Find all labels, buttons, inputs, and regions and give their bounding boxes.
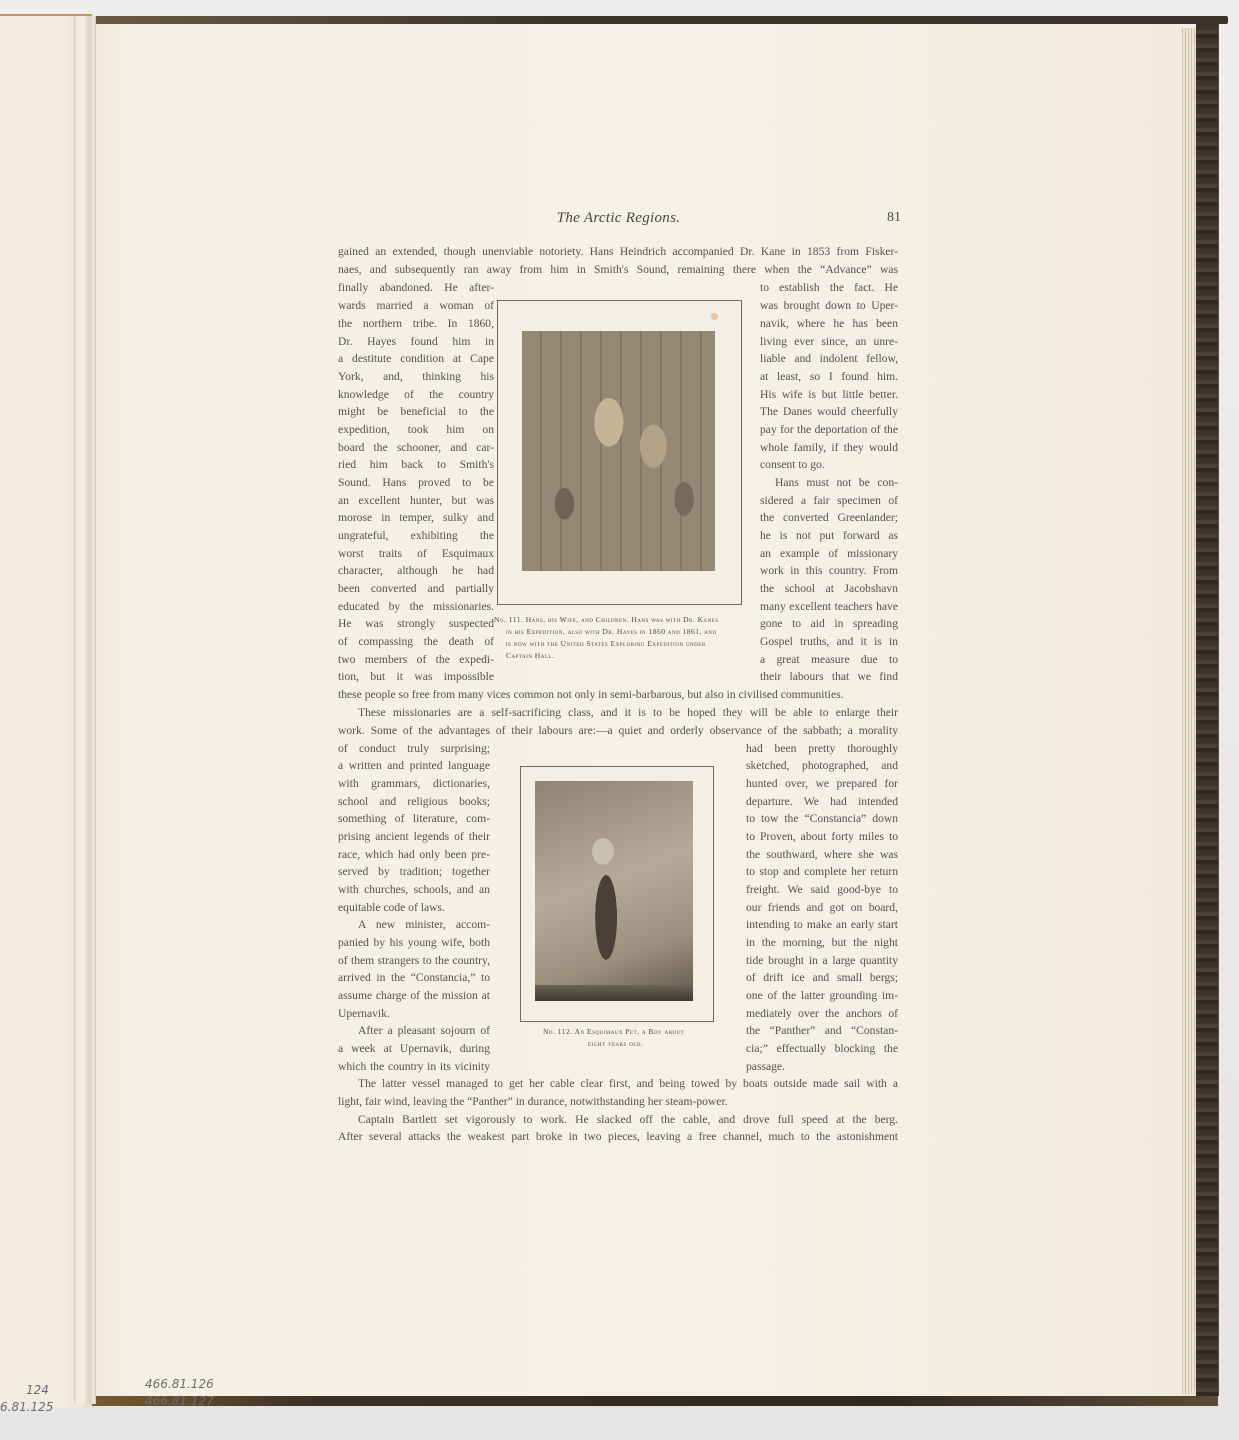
text-line: Captain Bartlett set vigorously to work.… xyxy=(358,1111,898,1128)
text-line: A new minister, accom- xyxy=(358,916,490,933)
text-line: Hans must not be con- xyxy=(775,474,898,491)
text-line: morose in temper, sulky and xyxy=(338,509,494,526)
text-line: panied by his young wife, both xyxy=(338,934,490,951)
running-head: The Arctic Regions. 81 xyxy=(336,210,901,234)
text-line: cia;” effectually blocking the xyxy=(746,1040,898,1057)
text-line: an excellent hunter, but was xyxy=(338,492,494,509)
text-line: the southward, where she was xyxy=(746,846,898,863)
running-title: The Arctic Regions. xyxy=(336,210,901,227)
plate-caption-line: No. 111. Hans, his Wife, and Children. H… xyxy=(494,614,719,626)
text-line: York, and, thinking his xyxy=(338,368,494,385)
text-line: living ever since, an unre- xyxy=(760,333,898,350)
text-line: board the schooner, and car- xyxy=(338,439,494,456)
text-line: with grammars, dictionaries, xyxy=(338,775,490,792)
text-line: hunted over, we prepared for xyxy=(746,775,898,792)
plate-caption-line: eight years old. xyxy=(588,1038,643,1050)
text-line: had been pretty thoroughly xyxy=(746,740,898,757)
text-line: a written and printed language xyxy=(338,757,490,774)
text-line: with churches, schools, and an xyxy=(338,881,490,898)
book-cover-spine-edge xyxy=(1196,24,1219,1396)
pencil-annotation: 6.81.125 xyxy=(0,1400,53,1414)
text-line: departure. We had intended xyxy=(746,793,898,810)
text-line: race, which had only been pre- xyxy=(338,846,490,863)
text-line: he is not put forward as xyxy=(760,527,898,544)
text-line: mediately over the anchors of xyxy=(746,1005,898,1022)
text-line: gained an extended, though unenviable no… xyxy=(338,243,898,260)
text-line: in the morning, but the night xyxy=(746,934,898,951)
text-line: finally abandoned. He after- xyxy=(338,279,494,296)
text-line: He was strongly suspected xyxy=(338,615,494,632)
text-line: Dr. Hayes found him in xyxy=(338,333,494,350)
photograph-boy xyxy=(535,781,693,1001)
text-line: After several attacks the weakest part b… xyxy=(338,1128,898,1145)
text-line: light, fair wind, leaving the “Panther” … xyxy=(338,1093,898,1110)
text-line: a destitute condition at Cape xyxy=(338,350,494,367)
text-line: whole family, if they would xyxy=(760,439,898,456)
photo-plate-112 xyxy=(520,766,714,1022)
text-line: of drift ice and small bergs; xyxy=(746,969,898,986)
text-line: consent to go. xyxy=(760,456,898,473)
text-line: something of literature, com- xyxy=(338,810,490,827)
text-line: of them strangers to the country, xyxy=(338,952,490,969)
text-line: school and religious books; xyxy=(338,793,490,810)
text-line: Upernavik. xyxy=(338,1005,490,1022)
plate-caption-line: in his Expedition, also with Dr. Hayes i… xyxy=(506,626,717,638)
text-line: to establish the fact. He xyxy=(760,279,898,296)
photograph-family xyxy=(522,331,715,571)
text-line: might be beneficial to the xyxy=(338,403,494,420)
text-line: passage. xyxy=(746,1058,898,1075)
text-line: navik, where he has been xyxy=(760,315,898,332)
text-line: character, although he had xyxy=(338,562,494,579)
book-cover-bottom xyxy=(92,1396,1218,1406)
text-line: ungrateful, exhibiting the xyxy=(338,527,494,544)
text-line: The Danes would cheerfully xyxy=(760,403,898,420)
text-line: many excellent teachers have xyxy=(760,598,898,615)
foxing-stain xyxy=(711,313,718,320)
text-line: educated by the missionaries. xyxy=(338,598,494,615)
text-line: freight. We said good-bye to xyxy=(746,881,898,898)
page-number: 81 xyxy=(887,210,901,226)
text-line: arrived in the “Constancia,” to xyxy=(338,969,490,986)
text-line: His wife is but little better. xyxy=(760,386,898,403)
text-line: to stop and complete her return xyxy=(746,863,898,880)
pencil-annotation: 466.81.127 xyxy=(145,1394,214,1408)
text-line: worst traits of Esquimaux xyxy=(338,545,494,562)
page-edges xyxy=(1180,28,1196,1394)
text-line: work. Some of the advantages of their la… xyxy=(338,722,898,739)
text-line: one of the latter grounding im- xyxy=(746,987,898,1004)
book-cover-top xyxy=(92,16,1228,24)
text-line: prising ancient legends of their xyxy=(338,828,490,845)
plate-caption-line: No. 112. An Esquimaux Pet, a Boy about xyxy=(543,1026,684,1038)
pencil-annotation: 124 xyxy=(26,1383,49,1397)
text-line: Gospel truths, and it is in xyxy=(760,633,898,650)
text-line: expedition, took him on xyxy=(338,421,494,438)
book-gutter xyxy=(74,16,96,1404)
text-line: was brought down to Uper- xyxy=(760,297,898,314)
text-line: intending to make an early start xyxy=(746,916,898,933)
text-line: equitable code of laws. xyxy=(338,899,490,916)
plate-caption-line: is now with the United States Exploring … xyxy=(506,638,706,650)
text-line: The latter vessel managed to get her cab… xyxy=(358,1075,898,1092)
text-line: sidered a fair specimen of xyxy=(760,492,898,509)
text-line: our friends and got on board, xyxy=(746,899,898,916)
text-line: gone to aid in spreading xyxy=(760,615,898,632)
text-line: of conduct truly surprising; xyxy=(338,740,490,757)
right-page: The Arctic Regions. 81 gained an extende… xyxy=(94,24,1182,1396)
text-line: tion, but it was impossible xyxy=(338,668,494,685)
text-line: These missionaries are a self-sacrificin… xyxy=(358,704,898,721)
text-line: been converted and partially xyxy=(338,580,494,597)
text-line: of compassing the death of xyxy=(338,633,494,650)
text-line: served by tradition; together xyxy=(338,863,490,880)
text-line: pay for the deportation of the xyxy=(760,421,898,438)
photo-plate-111 xyxy=(497,300,742,605)
text-line: these people so free from many vices com… xyxy=(338,686,898,703)
plate-caption-line: Captain Hall. xyxy=(506,650,554,662)
text-line: work in this country. From xyxy=(760,562,898,579)
text-line: which the country in its vicinity xyxy=(338,1058,490,1075)
text-line: at least, so I found him. xyxy=(760,368,898,385)
text-line: tide brought in a large quantity xyxy=(746,952,898,969)
text-line: naes, and subsequently ran away from him… xyxy=(338,261,898,278)
text-line: assume charge of the mission at xyxy=(338,987,490,1004)
text-line: two members of the expedi- xyxy=(338,651,494,668)
text-line: a great measure due to xyxy=(760,651,898,668)
text-line: their labours that we find xyxy=(760,668,898,685)
text-line: to Proven, about forty miles to xyxy=(746,828,898,845)
text-line: the northern tribe. In 1860, xyxy=(338,315,494,332)
text-line: an example of missionary xyxy=(760,545,898,562)
text-line: the school at Jacobshavn xyxy=(760,580,898,597)
text-line: wards married a woman of xyxy=(338,297,494,314)
text-line: a week at Upernavik, during xyxy=(338,1040,490,1057)
text-line: the converted Greenlander; xyxy=(760,509,898,526)
text-line: sketched, photographed, and xyxy=(746,757,898,774)
text-line: to tow the “Constancia” down xyxy=(746,810,898,827)
text-line: ried him back to Smith's xyxy=(338,456,494,473)
text-line: knowledge of the country xyxy=(338,386,494,403)
text-line: After a pleasant sojourn of xyxy=(358,1022,490,1039)
text-line: liable and indolent fellow, xyxy=(760,350,898,367)
text-line: the “Panther” and “Constan- xyxy=(746,1022,898,1039)
pencil-annotation: 466.81.126 xyxy=(145,1377,214,1391)
text-line: Sound. Hans proved to be xyxy=(338,474,494,491)
